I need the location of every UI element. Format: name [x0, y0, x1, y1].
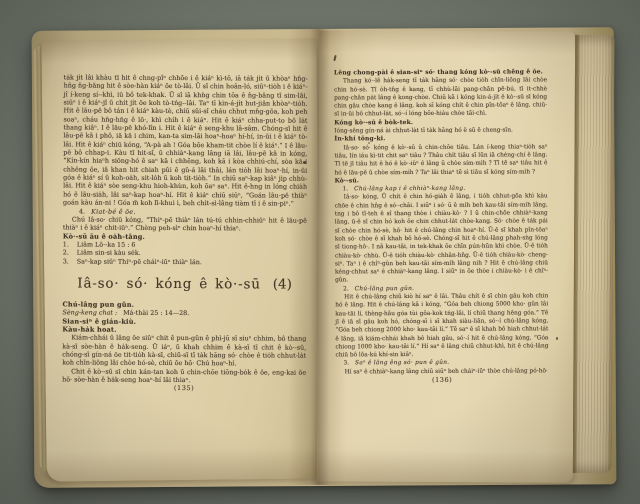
method-paragraph-1: Kiám-chhái ū lâng ōe siūⁿ chit ê pun-gûn… [62, 334, 306, 369]
right-page-text-column: Lēng chong-pài ê sian-siⁿ só· thang kóng… [334, 68, 549, 384]
foxing-spot [90, 306, 92, 308]
fore-edge-striation [569, 35, 614, 473]
right-page: Lēng chong-pài ê sian-siⁿ só· thang kóng… [317, 30, 575, 482]
story-section-text: Iâ-so· kóng, Ū chi̍t ê chin hó-gia̍h ê l… [335, 193, 548, 285]
method-paragraph-2: Chit ê kò·-sū sī chin kán-tan koh ū chin… [62, 367, 306, 385]
story-section-number: 3. [344, 361, 350, 367]
scripture-label: Sèng-keng chat : [62, 309, 117, 317]
foxing-spot [303, 161, 306, 164]
motivation-paragraph: Iâ-so· só· kóng ê kò·-sū ū chin-chōe tiâ… [334, 143, 547, 177]
book-photo-scene: ta̍k ji̍t lâi khàu tī hit ê chng-pîⁿ chh… [0, 0, 640, 504]
story-section-text: Hit ê chú-lâng chiū kiò hí saⁿ ê lâi. Th… [335, 292, 548, 359]
story-section-title: Chú-lâng kap i ê chhiàⁿ-kang lâng. [354, 186, 465, 193]
activity-text: Saⁿ-kap siūⁿ Thiⁿ-pē cháiⁿ-iūⁿ thiàⁿ lán… [77, 257, 202, 266]
foxing-spot [556, 337, 558, 340]
pre-story-paragraph: Thang kó·-lē ha̍k-seng tī ta̍k hāng só· … [334, 77, 547, 120]
story-section-number: 1. [343, 186, 349, 192]
story-section-number: 2. [343, 286, 349, 292]
left-page-text-column: ta̍k ji̍t lâi khàu tī hit ê chng-pîⁿ chh… [62, 73, 308, 393]
conclusion-section-number: 4. [79, 207, 85, 215]
story-section-title: Chú-lâng pun gûn. [355, 286, 415, 292]
scripture-reference: Má-thài 25 : 14—28. [123, 309, 189, 317]
chapter-heading: Iâ-so· só· kóng ê kò·-sū(4) [63, 276, 307, 292]
chapter-title: Iâ-so· só· kóng ê kò·-sū [77, 275, 261, 292]
conclusion-paragraph: Chú Iâ-so· chiū kóng, “Thiⁿ-pē thiàⁿ lán… [63, 215, 307, 233]
activity-number: 1. [63, 240, 75, 248]
activity-text: Liām Lō·-ka 15 : 6 [77, 240, 136, 248]
activity-text: Liām sin-si kàu se̍k. [77, 249, 141, 257]
chapter-number: (4) [273, 276, 292, 292]
activity-number: 3. [63, 257, 75, 265]
left-continued-paragraph: ta̍k ji̍t lâi khàu tī hit ê chng-pîⁿ chh… [63, 73, 308, 208]
conclusion-section-title: Kiat-bé ê ōe. [91, 207, 136, 215]
right-page-number: (136) [336, 375, 549, 384]
story-section-title: Saⁿ ê lâng ēng só· pun ê gûn. [355, 360, 449, 366]
left-page-number: (135) [62, 384, 306, 394]
activity-number: 2. [63, 249, 75, 257]
activity-item: 3. Saⁿ-kap siūⁿ Thiⁿ-pē cháiⁿ-iūⁿ thiàⁿ … [63, 257, 307, 267]
fore-edge-page-stack [569, 35, 614, 473]
left-page: ta̍k ji̍t lâi khàu tī hit ê chng-pîⁿ chh… [41, 38, 321, 481]
foxing-spot [368, 142, 370, 144]
